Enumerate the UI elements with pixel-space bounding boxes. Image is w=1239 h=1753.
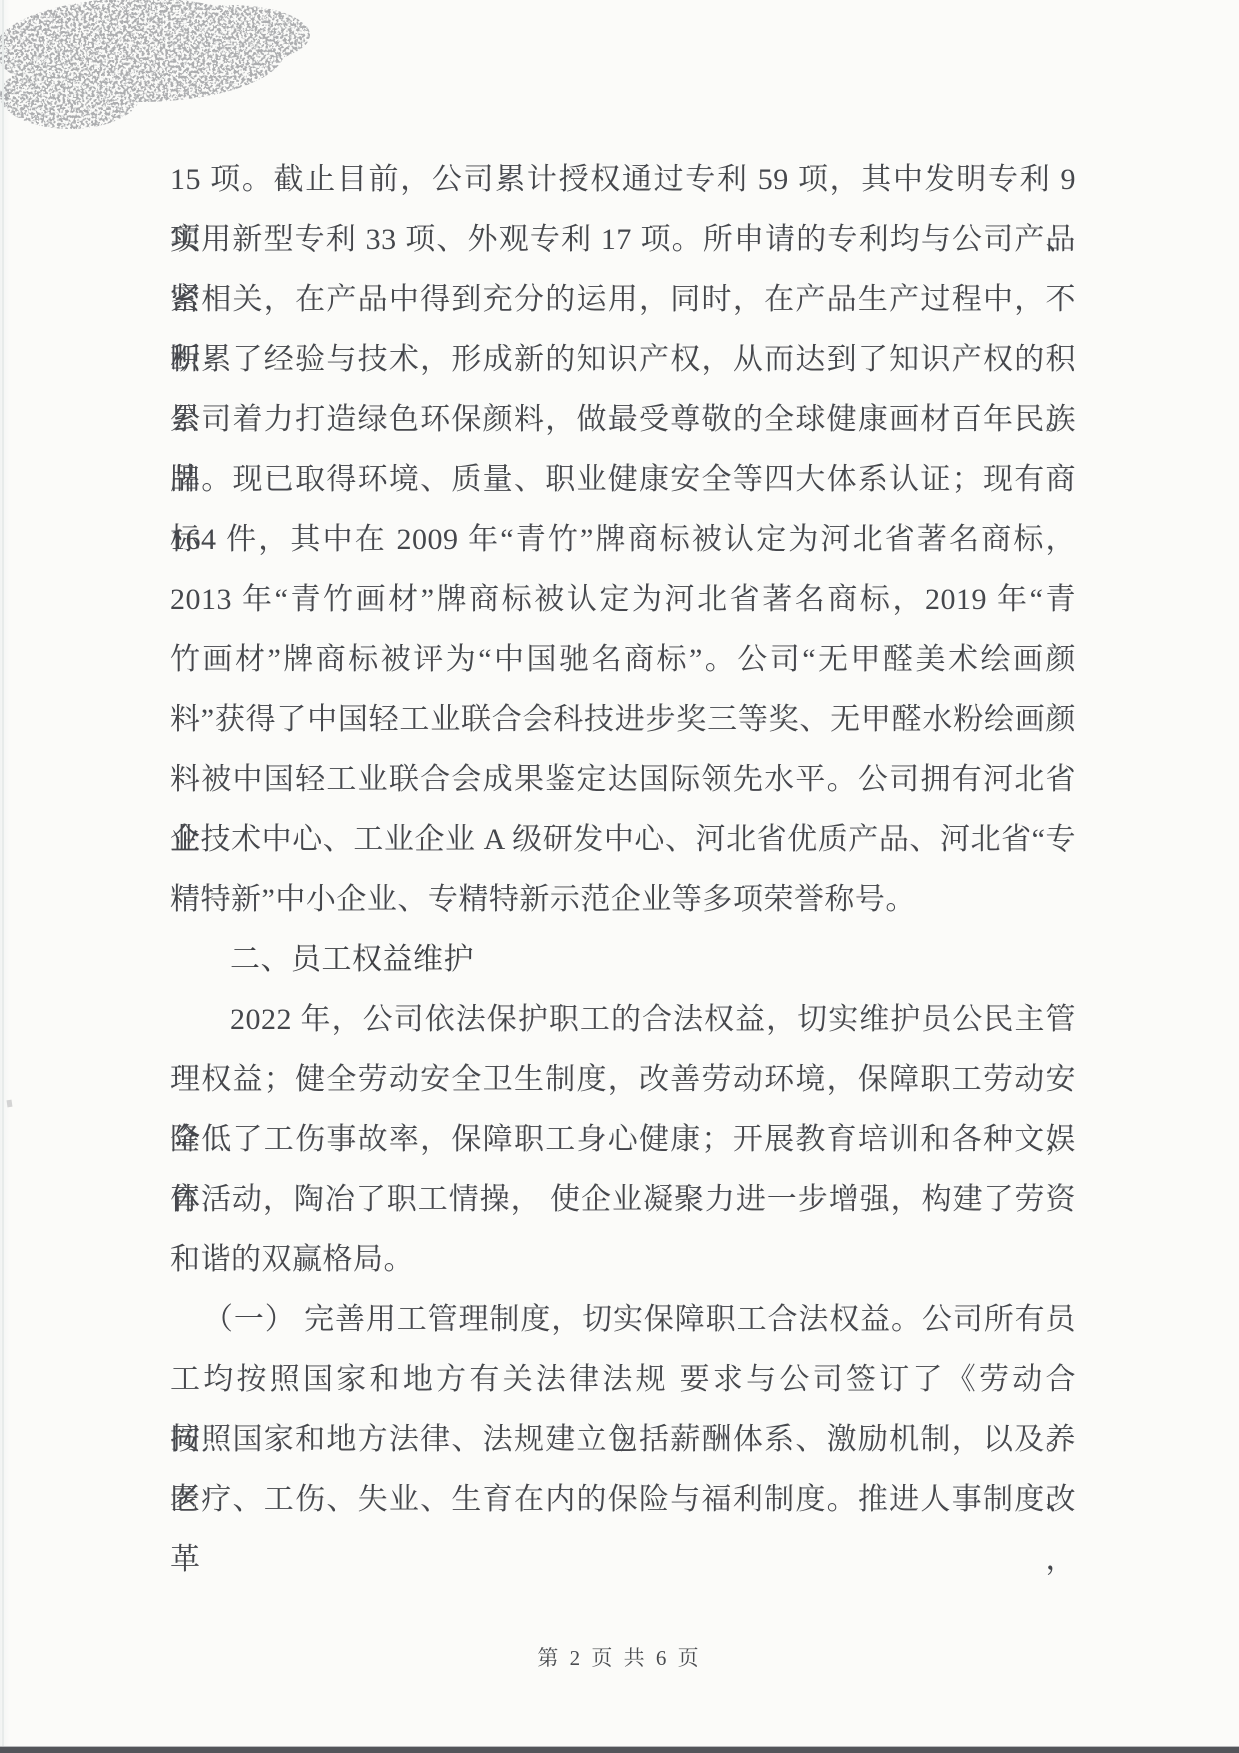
document-page: 15 项。截止目前，公司累计授权通过专利 59 项，其中发明专利 9 项、实用新…	[0, 0, 1239, 1753]
page-number: 第 2 页 共 6 页	[0, 1642, 1239, 1672]
text-line: 2013 年“青竹画材”牌商标被认定为河北省著名商标，2019 年“青	[170, 570, 1076, 630]
text-line: 和谐的双赢格局。	[170, 1230, 1076, 1290]
scan-bottom-edge-line	[0, 1747, 1239, 1753]
text-line: 工均按照国家和地方有关法律法规 要求与公司签订了《劳动合同》。	[170, 1350, 1076, 1410]
section-heading: 二、员工权益维护	[170, 930, 1076, 990]
scan-smudge-artifact	[0, 0, 320, 150]
text-line: （一） 完善用工管理制度，切实保障职工合法权益。公司所有员	[170, 1290, 1076, 1350]
text-line: 15 项。截止目前，公司累计授权通过专利 59 项，其中发明专利 9 项、	[170, 150, 1076, 210]
text-line: 竹画材”牌商标被评为“中国驰名商标”。公司“无甲醛美术绘画颜	[170, 630, 1076, 690]
text-line: 积累了经验与技术，形成新的知识产权，从而达到了知识产权的积累。	[170, 330, 1076, 390]
document-body: 15 项。截止目前，公司累计授权通过专利 59 项，其中发明专利 9 项、实用新…	[170, 150, 1076, 1530]
text-line: 2022 年，公司依法保护职工的合法权益，切实维护员公民主管	[170, 990, 1076, 1050]
text-line: 料被中国轻工业联合会成果鉴定达国际领先水平。公司拥有河北省企	[170, 750, 1076, 810]
text-line: 按照国家和地方法律、法规建立包括薪酬体系、激励机制，以及养老、	[170, 1410, 1076, 1470]
text-line: 降低了工伤事故率，保障职工身心健康；开展教育培训和各种文娱体	[170, 1110, 1076, 1170]
text-line: 164 件，其中在 2009 年“青竹”牌商标被认定为河北省著名商标，	[170, 510, 1076, 570]
text-line: 料”获得了中国轻工业联合会科技进步奖三等奖、无甲醛水粉绘画颜	[170, 690, 1076, 750]
text-line: 业技术中心、工业企业 A 级研发中心、河北省优质产品、河北省“专	[170, 810, 1076, 870]
scan-speck	[5, 92, 10, 101]
text-line: 精特新”中小企业、专精特新示范企业等多项荣誉称号。	[170, 870, 1076, 930]
text-line: 密相关，在产品中得到充分的运用，同时，在产品生产过程中，不断	[170, 270, 1076, 330]
text-line: 牌。现已取得环境、质量、职业健康安全等四大体系认证；现有商标	[170, 450, 1076, 510]
scan-left-edge-line	[2, 0, 4, 1753]
scan-speck	[7, 1100, 13, 1108]
text-line: 理权益；健全劳动安全卫生制度，改善劳动环境，保障职工劳动安全，	[170, 1050, 1076, 1110]
text-line: 育活动，陶冶了职工情操， 使企业凝聚力进一步增强，构建了劳资	[170, 1170, 1076, 1230]
text-line: 医疗、工伤、失业、生育在内的保险与福利制度。推进人事制度改革，	[170, 1470, 1076, 1530]
text-line: 实用新型专利 33 项、外观专利 17 项。所申请的专利均与公司产品紧	[170, 210, 1076, 270]
text-line: 公司着力打造绿色环保颜料，做最受尊敬的全球健康画材百年民族品	[170, 390, 1076, 450]
